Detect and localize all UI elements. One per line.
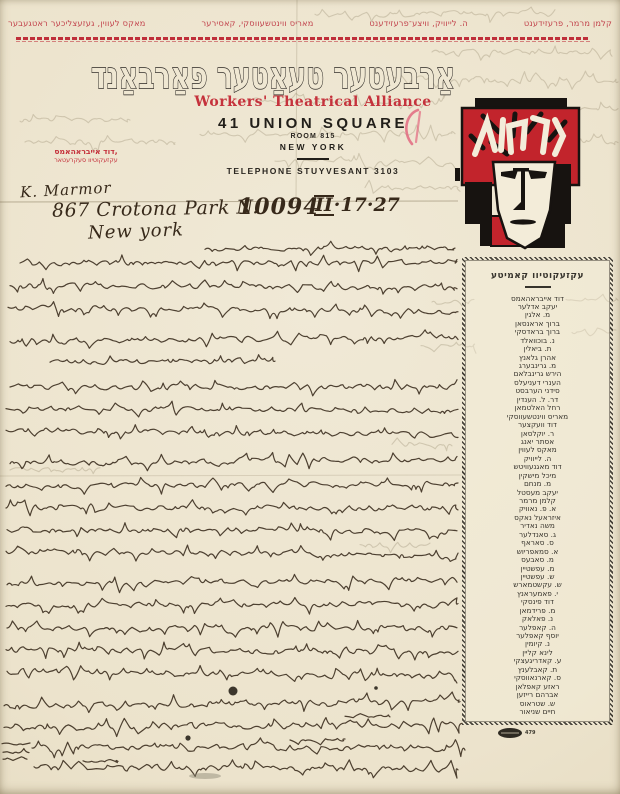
handwritten-line xyxy=(2,743,30,745)
handwritten-line xyxy=(6,543,458,565)
title-text: אַרבעטער טעאַטער פאַרבאַנד xyxy=(91,54,455,97)
city-line: NEW YORK xyxy=(280,142,347,152)
letter-page: קלמן מרמר, פרעזידענט ה. לייוויק, וויצע־פ… xyxy=(0,0,620,794)
ink-blot xyxy=(374,686,378,690)
ghost-handwriting-line xyxy=(360,542,430,553)
handwritten-line xyxy=(10,329,458,349)
secretary-title: עקזעקוטיוו סעקרעטאר xyxy=(36,157,136,164)
letterhead-title: אַרבעטער טעאַטער פאַרבאַנד xyxy=(82,52,464,100)
handwritten-line xyxy=(34,758,458,778)
handwritten-address: 867 Crotona Park N. xyxy=(52,196,259,222)
handwritten-line xyxy=(6,500,458,516)
committee-header: עקזעקוטיוו קאמיטע xyxy=(465,271,610,281)
ghost-handwriting-line xyxy=(392,438,452,451)
ink-blots xyxy=(185,686,377,740)
handwritten-line xyxy=(20,255,457,272)
handwritten-line xyxy=(7,572,457,594)
handwritten-line xyxy=(4,692,460,715)
officer-treasurer: מאריס ווינטשעווסקי, קאסירער xyxy=(201,18,313,28)
handwritten-line xyxy=(205,241,455,256)
ink-blot xyxy=(229,687,238,696)
committee-name: חיים שניאור xyxy=(465,708,610,716)
address-divider-rule xyxy=(297,158,329,160)
red-pencil-mark xyxy=(396,104,430,148)
handwritten-line xyxy=(6,400,458,418)
date-roman-numeral: II xyxy=(314,195,334,216)
handwritten-line xyxy=(7,621,457,638)
executive-secretary-block: דוד אייבראהאמס, עקזעקוטיוו סעקרעטאר xyxy=(36,147,136,164)
logo-nose xyxy=(521,170,525,210)
handwritten-line xyxy=(6,476,458,495)
officer-legal-adviser: מאקס לעווין, געזעצליכער ראטגעבער xyxy=(8,18,146,28)
handwritten-line xyxy=(8,301,458,321)
handwritten-line xyxy=(10,380,457,396)
handwritten-line xyxy=(4,717,462,737)
ink-blot xyxy=(185,735,190,740)
handwritten-line xyxy=(10,451,457,473)
committee-names: דוד אייבראהאמסיעקב אדלערמ. אלגיןברוך ארא… xyxy=(465,295,610,717)
secretary-name: דוד אייבראהאמס, xyxy=(36,147,136,156)
committee-header-rule xyxy=(525,286,551,288)
handwritten-line xyxy=(7,663,457,683)
artef-mask-logo xyxy=(455,92,605,257)
handwritten-line xyxy=(6,641,458,660)
handwritten-line xyxy=(32,738,465,758)
executive-committee-box: עקזעקוטיוו קאמיטע דוד אייבראהאמסיעקב אדל… xyxy=(462,257,613,725)
telephone-line: TELEPHONE STUYVESANT 3103 xyxy=(227,166,400,176)
handwritten-line xyxy=(7,522,457,541)
ghost-handwriting-line xyxy=(10,467,100,473)
union-bug-emblem xyxy=(497,727,523,739)
logo-mouth xyxy=(510,219,536,224)
handwritten-line xyxy=(10,278,457,295)
handwritten-line xyxy=(6,597,458,616)
handwritten-line xyxy=(6,423,458,442)
handwritten-line xyxy=(83,759,118,762)
handwritten-line xyxy=(345,714,390,718)
ink-smudge xyxy=(189,773,221,779)
handwritten-city: New york xyxy=(88,219,185,243)
handwritten-date: II·17·27 xyxy=(314,194,400,216)
date-rest: ·17·27 xyxy=(334,194,400,216)
union-bug-number: 479 xyxy=(525,730,535,736)
handwritten-line xyxy=(3,757,27,761)
handwritten-line xyxy=(50,355,275,365)
union-printer-bug: 479 xyxy=(497,727,535,739)
handwritten-sender-name: K. Marmor xyxy=(20,179,112,202)
officer-vice-president: ה. לייוויק, וויצע־פרעזידענט xyxy=(369,18,468,28)
officer-president: קלמן מרמר, פרעזידענט xyxy=(524,18,612,28)
officers-line: קלמן מרמר, פרעזידענט ה. לייוויק, וויצע־פ… xyxy=(8,18,612,28)
address-line: 41 UNION SQUARE xyxy=(218,115,408,132)
room-line: ROOM 815 xyxy=(291,133,336,140)
handwritten-body-lines xyxy=(2,241,465,779)
red-stitched-rule-shadow xyxy=(16,41,590,42)
handwritten-number: 10094 xyxy=(238,194,320,220)
handwritten-line xyxy=(290,739,345,745)
ghost-handwriting-line xyxy=(365,180,460,193)
ghost-handwriting-line xyxy=(20,113,130,123)
red-stitched-rule xyxy=(16,37,590,40)
handwritten-line xyxy=(3,749,29,754)
